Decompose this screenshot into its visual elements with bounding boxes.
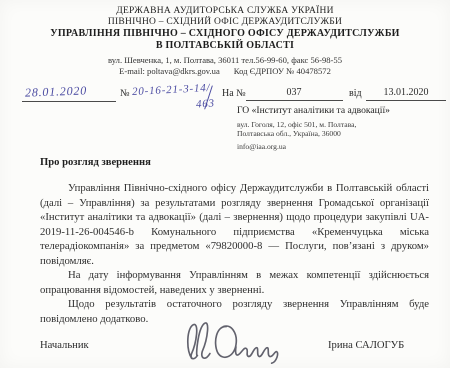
org-name-line1: ДЕРЖАВНА АУДИТОРСЬКА СЛУЖБА УКРАЇНИ	[0, 6, 450, 17]
body-paragraph-2: На дату інформування Управлінням в межах…	[40, 268, 429, 297]
reply-to-number: 037	[247, 87, 341, 98]
letterhead-email: E-mail: poltava@dkrs.gov.ua	[119, 66, 220, 76]
handwritten-outgoing-number: 20-16-21-3-14/	[132, 82, 211, 98]
official-letter-page: ДЕРЖАВНА АУДИТОРСЬКА СЛУЖБА УКРАЇНИ ПІВН…	[0, 0, 450, 368]
letter-body: Управління Північно-східного офісу Держа…	[40, 181, 429, 326]
reply-date: 13.01.2020	[367, 87, 445, 98]
body-paragraph-1: Управління Північно-східного офісу Держа…	[40, 181, 429, 268]
reply-number-underline	[246, 100, 343, 101]
org-name-line4: В ПОЛТАВСЬКІЙ ОБЛАСТІ	[0, 40, 450, 52]
recipient-block: ГО «Інститут аналітики та адвокації» вул…	[237, 105, 437, 151]
letterhead-edrpou: Код ЄДРПОУ № 40478572	[234, 66, 331, 76]
handwritten-outgoing-number-part2: 463	[196, 97, 216, 110]
org-name-line2: ПІВНІЧНО – СХІДНИЙ ОФІС ДЕРЖАУДИТСЛУЖБИ	[0, 17, 450, 28]
date-underline	[22, 101, 116, 102]
reply-date-underline	[366, 100, 446, 101]
signatory-title: Начальник	[40, 340, 89, 351]
recipient-name: ГО «Інститут аналітики та адвокації»	[237, 105, 437, 117]
handwritten-outgoing-date: 28.01.2020	[25, 82, 117, 100]
signatory-name: Ірина САЛОГУБ	[328, 340, 404, 351]
letterhead-address: вул. Шевченка, 1, м. Полтава, 36011 тел.…	[0, 55, 450, 66]
handwritten-signature-icon	[170, 314, 300, 368]
reply-to-number-label: На №	[222, 88, 246, 99]
org-name-line3: УПРАВЛІННЯ ПІВНІЧНО – СХІДНОГО ОФІСУ ДЕР…	[0, 28, 450, 40]
letterhead-contact-line: E-mail: poltava@dkrs.gov.uaКод ЄДРПОУ № …	[0, 66, 450, 77]
recipient-email: info@iaa.org.ua	[237, 142, 437, 152]
recipient-address-line2: Полтавська обл., Україна, 36000	[237, 129, 437, 139]
recipient-address-line1: вул. Гоголя, 12, офіс 501, м. Полтава,	[237, 120, 437, 130]
subject-line: Про розгляд звернення	[40, 157, 151, 168]
number-label: №	[120, 88, 130, 99]
letterhead: ДЕРЖАВНА АУДИТОРСЬКА СЛУЖБА УКРАЇНИ ПІВН…	[0, 6, 450, 51]
letterhead-contacts: вул. Шевченка, 1, м. Полтава, 36011 тел.…	[0, 55, 450, 76]
reply-date-label: від	[349, 88, 362, 99]
